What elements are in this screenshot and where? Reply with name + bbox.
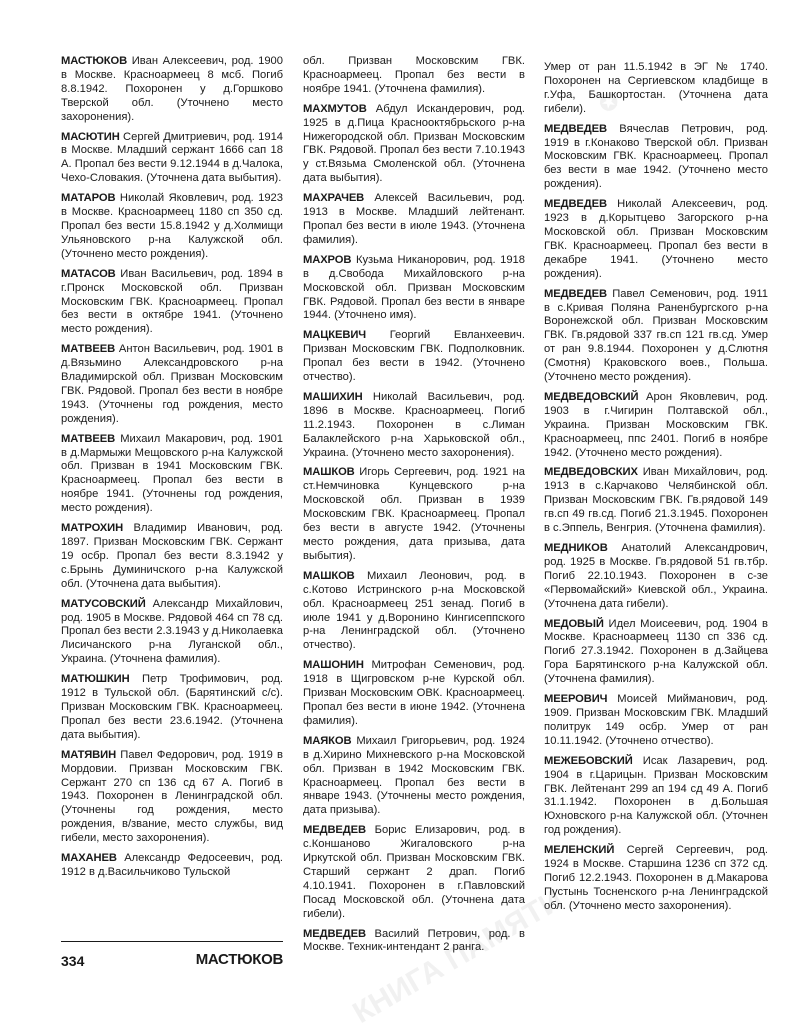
entry-surname: МЕДВЕДОВСКИЙ bbox=[544, 391, 638, 403]
entry-surname: МЕДВЕДЕВ bbox=[303, 824, 366, 836]
entry-surname: МЕДВЕДЕВ bbox=[544, 198, 607, 210]
running-head: МАСТЮКОВ bbox=[140, 951, 283, 968]
entry: МАЦКЕВИЧ Георгий Евланхеевич. Призван Мо… bbox=[303, 329, 525, 385]
entry: МЕДВЕДОВСКИХ Иван Михайлович, род. 1913 … bbox=[544, 466, 768, 536]
entry: МЕДВЕДЕВ Вячеслав Петрович, род. 1919 в … bbox=[544, 123, 768, 193]
entry: МАТУСОВСКИЙ Александр Михай­лович, род. … bbox=[61, 598, 283, 668]
column-2: обл. Призван Московским ГВК. Красноармее… bbox=[303, 55, 525, 961]
entry: МЕДВЕДЕВ Павел Семенович, род. 1911 в с.… bbox=[544, 288, 768, 385]
entry: МАХРОВ Кузьма Никанорович, род. 1918 в д… bbox=[303, 254, 525, 324]
entry-surname: МЕДВЕДЕВ bbox=[544, 288, 607, 300]
entry: МАТВЕЕВ Антон Васильевич, род. 1901 в д.… bbox=[61, 343, 283, 426]
entry: МАХМУТОВ Абдул Искандерович, род. 1925 в… bbox=[303, 103, 525, 186]
entry-surname: МАТРОХИН bbox=[61, 522, 123, 534]
entry: МЕЖЕБОВСКИЙ Исак Лазаревич, род. 1904 в … bbox=[544, 755, 768, 838]
entry-body: Николай Алексеевич, род. 1923 в д.Корытц… bbox=[544, 198, 768, 280]
entry: МАЯКОВ Михаил Григорьевич, род. 1924 в д… bbox=[303, 735, 525, 818]
entry-surname: МАШИХИН bbox=[303, 391, 363, 403]
entry-surname: МЕЛЕНСКИЙ bbox=[544, 844, 614, 856]
entry-continuation: Умер от ран 11.5.1942 в ЭГ № 1740. Похор… bbox=[544, 61, 768, 117]
entry-surname: МЕДВЕДОВСКИХ bbox=[544, 466, 638, 478]
entry-body: Павел Федорович, род. 1919 в Мордовии. П… bbox=[61, 749, 283, 844]
entry-surname: МАТАРОВ bbox=[61, 192, 115, 204]
entry: МАТРОХИН Владимир Иванович, род. 1897. П… bbox=[61, 522, 283, 592]
column-3: Умер от ран 11.5.1942 в ЭГ № 1740. Похор… bbox=[544, 61, 768, 920]
book-page: КНИГА ПАМЯТИ ✪ МАСТЮКОВ Иван Алексеевич,… bbox=[0, 0, 800, 1029]
entry-surname: МАСЮТИН bbox=[61, 131, 120, 143]
entry: МЕДНИКОВ Анатолий Александрович, род. 19… bbox=[544, 542, 768, 612]
entry: МАШКОВ Игорь Сергеевич, род. 1921 на ст.… bbox=[303, 466, 525, 563]
entry-surname: МАЦКЕВИЧ bbox=[303, 329, 366, 341]
entry-body: Борис Елизарович, род. в с.Коншаново Жиг… bbox=[303, 824, 525, 919]
entry-body: Игорь Сергеевич, род. 1921 на ст.Немчино… bbox=[303, 466, 525, 561]
footer-divider bbox=[61, 941, 283, 942]
entry-surname: МАШОНИН bbox=[303, 659, 364, 671]
entry: МЕДВЕДЕВ Николай Алексеевич, род. 1923 в… bbox=[544, 198, 768, 281]
entry-body: Михаил Леонович, род. в с.Котово Истринс… bbox=[303, 570, 525, 652]
entry-surname: МЕЕРОВИЧ bbox=[544, 693, 607, 705]
entry: МАТЯВИН Павел Федорович, род. 1919 в Мор… bbox=[61, 749, 283, 846]
entry-surname: МАТВЕЕВ bbox=[61, 343, 115, 355]
entry-surname: МЕДВЕДЕВ bbox=[544, 123, 607, 135]
entry-continuation: обл. Призван Московским ГВК. Красноармее… bbox=[303, 55, 525, 97]
entry: МАТЮШКИН Петр Трофимович, род. 1912 в Ту… bbox=[61, 673, 283, 743]
entry-surname: МАХРОВ bbox=[303, 254, 351, 266]
entry-body: Антон Васильевич, род. 1901 в д.Вязьмино… bbox=[61, 343, 283, 425]
entry-surname: МАТАСОВ bbox=[61, 268, 116, 280]
entry-surname: МАШКОВ bbox=[303, 570, 355, 582]
entry-surname: МАСТЮКОВ bbox=[61, 55, 127, 67]
page-number: 334 bbox=[61, 953, 84, 969]
entry: МАХРАЧЕВ Алексей Васильевич, род. 1913 в… bbox=[303, 192, 525, 248]
column-1: МАСТЮКОВ Иван Алексеевич, род. 1900 в Мо… bbox=[61, 55, 283, 886]
entry-surname: МЕДНИКОВ bbox=[544, 542, 608, 554]
entry: МЕДВЕДЕВ Василий Петрович, род. в Москве… bbox=[303, 928, 525, 956]
entry: МАСЮТИН Сергей Дмитриевич, род. 1914 в М… bbox=[61, 131, 283, 187]
entry: МАХАНЕВ Александр Федосеевич, род. 1912 … bbox=[61, 852, 283, 880]
entry-surname: МАХМУТОВ bbox=[303, 103, 367, 115]
entry-surname: МАТЮШКИН bbox=[61, 673, 130, 685]
entry-surname: МЕДОВЫЙ bbox=[544, 618, 604, 630]
entry-surname: МАЯКОВ bbox=[303, 735, 351, 747]
entry: МЕДВЕДОВСКИЙ Арон Яковлевич, род. 1903 в… bbox=[544, 391, 768, 461]
entry: МЕДОВЫЙ Идел Моисеевич, род. 1904 в Моск… bbox=[544, 618, 768, 688]
entry-surname: МАХАНЕВ bbox=[61, 852, 117, 864]
entry-surname: МАХРАЧЕВ bbox=[303, 192, 364, 204]
entry: МЕДВЕДЕВ Борис Елизарович, род. в с.Конш… bbox=[303, 824, 525, 921]
entry-surname: МАШКОВ bbox=[303, 466, 355, 478]
entry: МАТАРОВ Николай Яковлевич, род. 1923 в М… bbox=[61, 192, 283, 262]
entry-surname: МЕДВЕДЕВ bbox=[303, 928, 366, 940]
entry: МАШИХИН Николай Васильевич, род. 1896 в … bbox=[303, 391, 525, 461]
entry: МАТАСОВ Иван Васильевич, род. 1894 в г.П… bbox=[61, 268, 283, 338]
entry: МАШКОВ Михаил Леонович, род. в с.Котово … bbox=[303, 570, 525, 653]
entry: МАТВЕЕВ Михаил Макарович, род. 1901 в д.… bbox=[61, 433, 283, 516]
entry-body: Павел Семенович, род. 1911 в с.Кривая По… bbox=[544, 288, 768, 383]
entry-body: Михаил Григорьевич, род. 1924 в д.Хирино… bbox=[303, 735, 525, 817]
entry-surname: МАТВЕЕВ bbox=[61, 433, 115, 445]
entry: МАШОНИН Митрофан Семенович, род. 1918 в … bbox=[303, 659, 525, 729]
entry: МЕЕРОВИЧ Моисей Мийманович, род. 1909. П… bbox=[544, 693, 768, 749]
entry-surname: МЕЖЕБОВСКИЙ bbox=[544, 755, 633, 767]
entry-surname: МАТЯВИН bbox=[61, 749, 116, 761]
entry: МЕЛЕНСКИЙ Сергей Сергеевич, род. 1924 в … bbox=[544, 844, 768, 914]
entry: МАСТЮКОВ Иван Алексеевич, род. 1900 в Мо… bbox=[61, 55, 283, 125]
entry-surname: МАТУСОВСКИЙ bbox=[61, 598, 146, 610]
